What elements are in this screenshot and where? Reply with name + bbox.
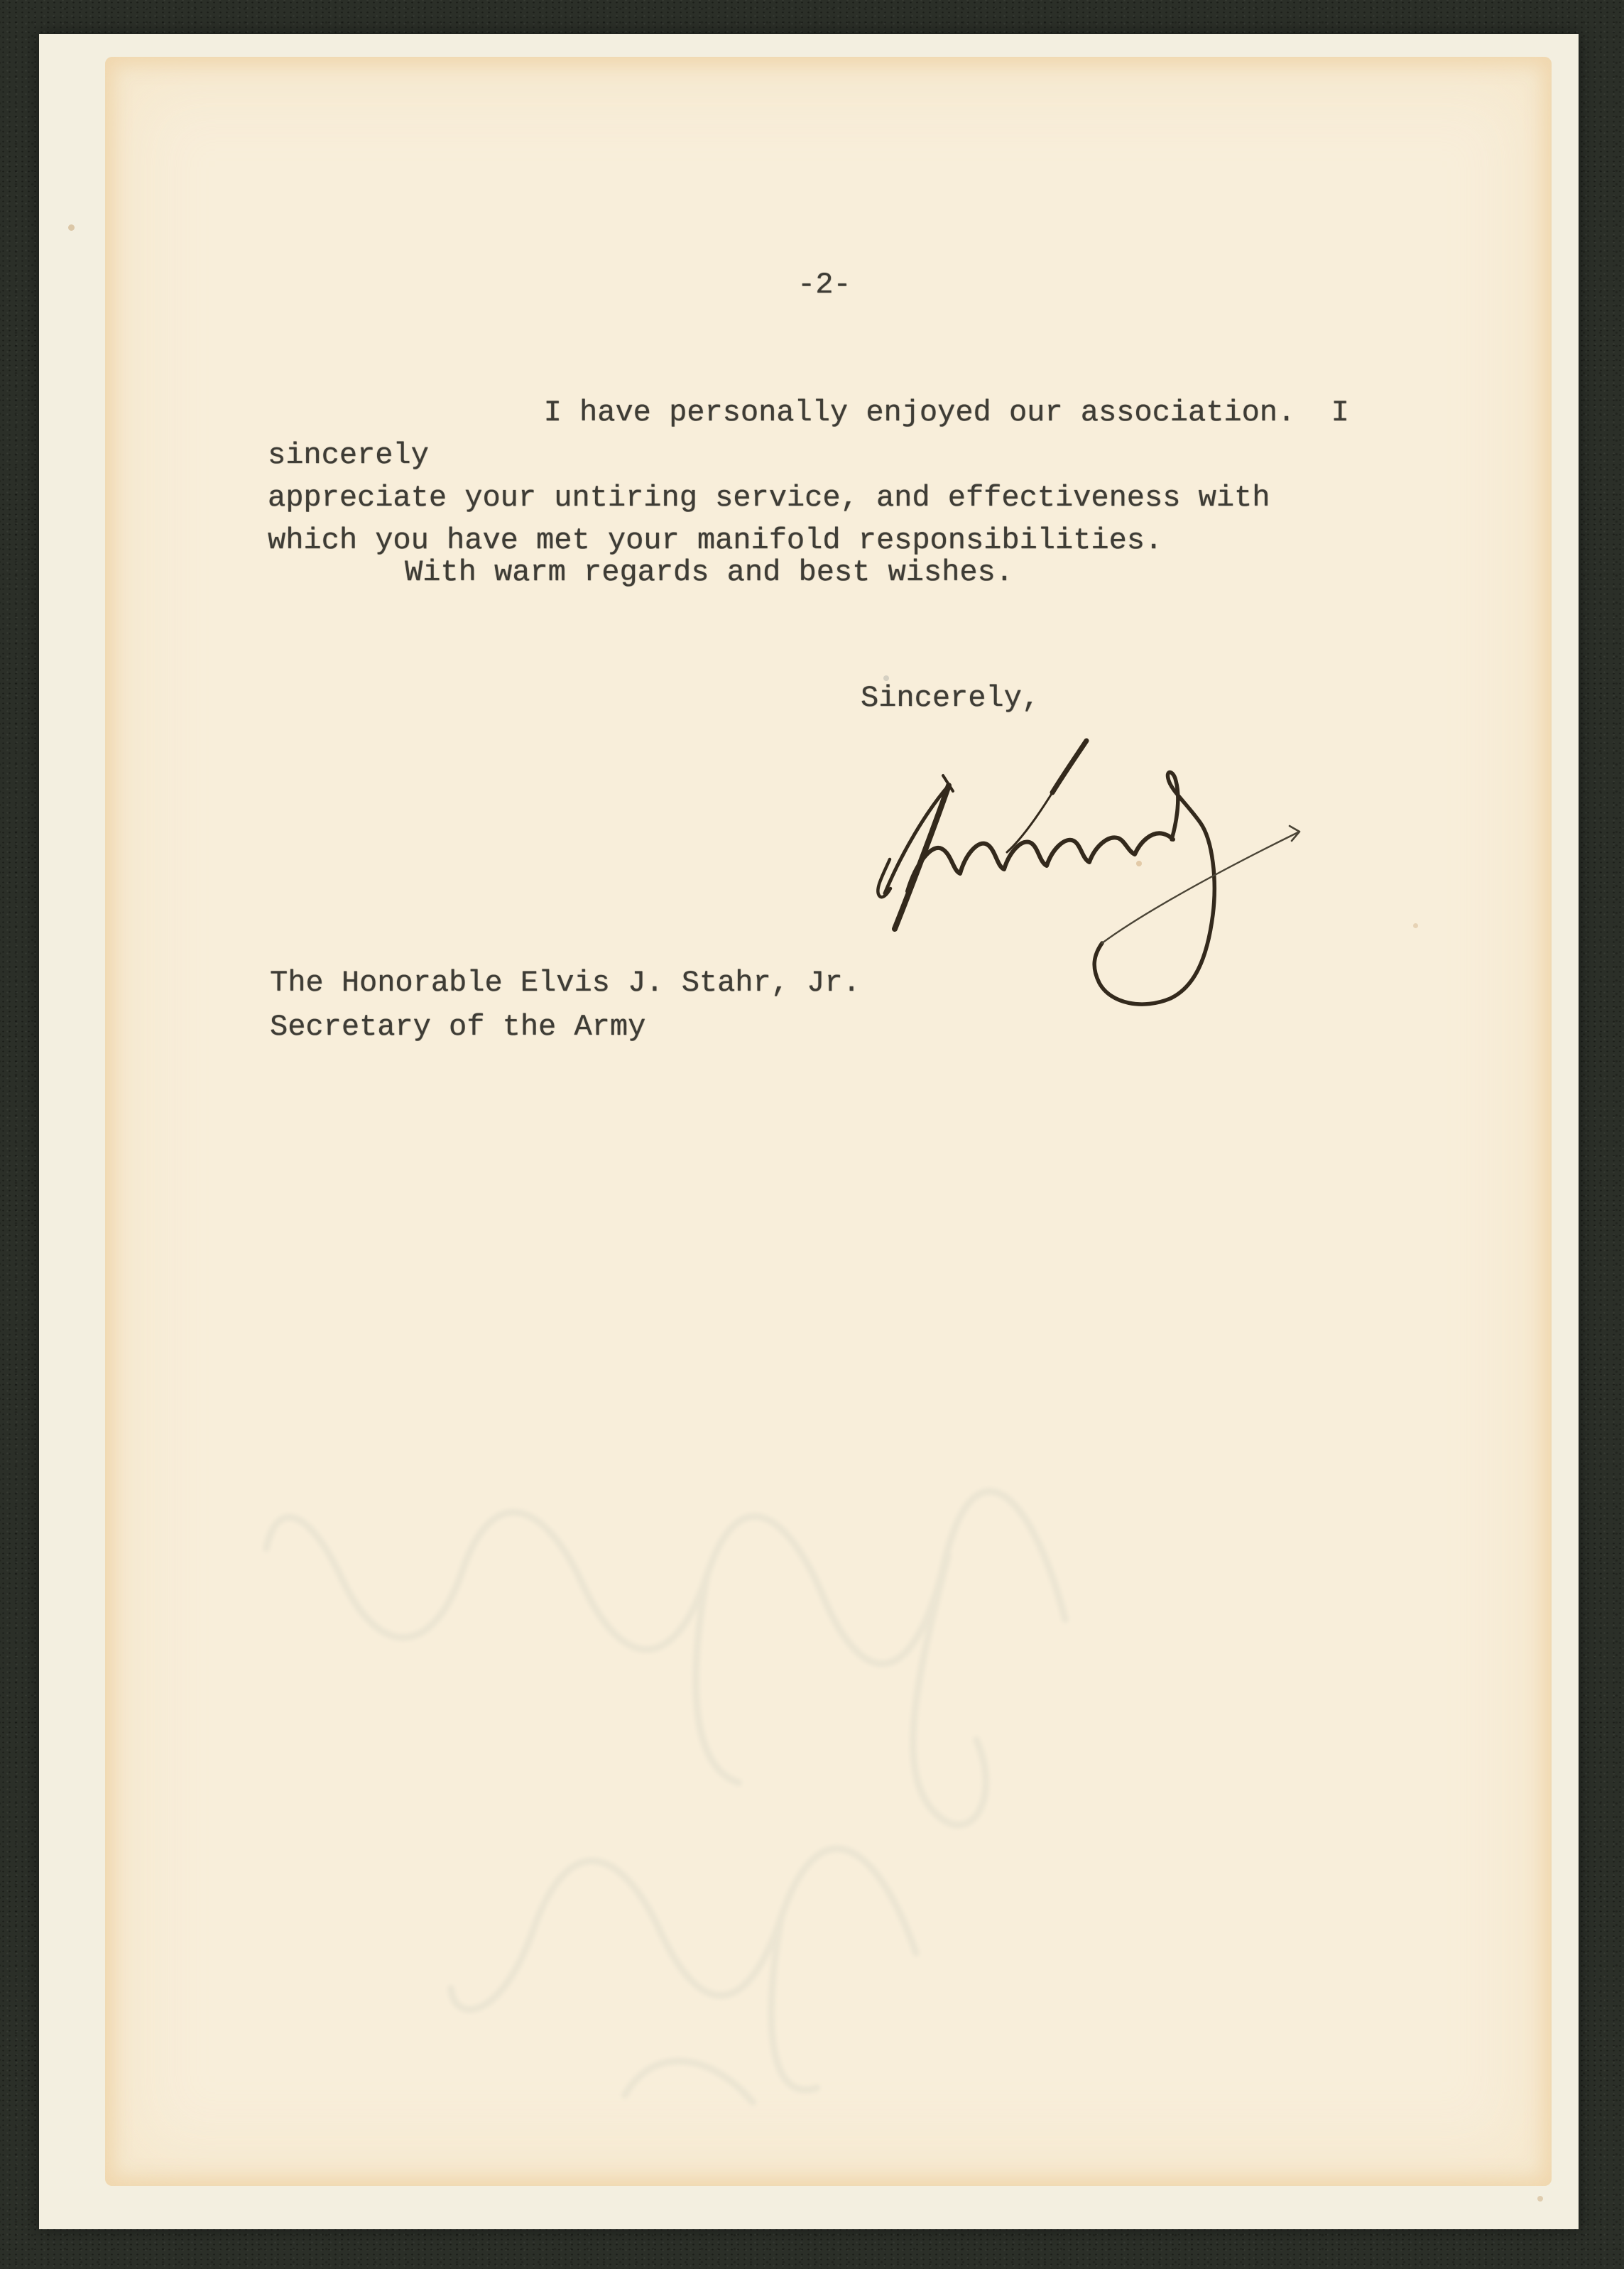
page-number: -2- xyxy=(797,263,851,306)
regards-line: With warm regards and best wishes. xyxy=(405,551,1013,594)
paper-speck xyxy=(1413,923,1418,928)
paper-speck xyxy=(1136,861,1142,866)
valediction-line: Sincerely, xyxy=(861,677,1040,719)
letter-page: -2- I have personally enjoyed our associ… xyxy=(39,34,1579,2229)
paper-speck xyxy=(883,675,889,681)
bleed-through-ghost-writing xyxy=(241,1385,1094,2138)
body-paragraph: I have personally enjoyed our associatio… xyxy=(268,391,1461,562)
paper-speck xyxy=(68,224,75,231)
recipient-address: The Honorable Elvis J. Stahr, Jr. Secret… xyxy=(270,961,861,1049)
signature-ink xyxy=(817,731,1356,1016)
scanned-letter-photo: { "document": { "page_number": "-2-", "p… xyxy=(0,0,1624,2269)
paper-speck xyxy=(1537,2196,1543,2202)
